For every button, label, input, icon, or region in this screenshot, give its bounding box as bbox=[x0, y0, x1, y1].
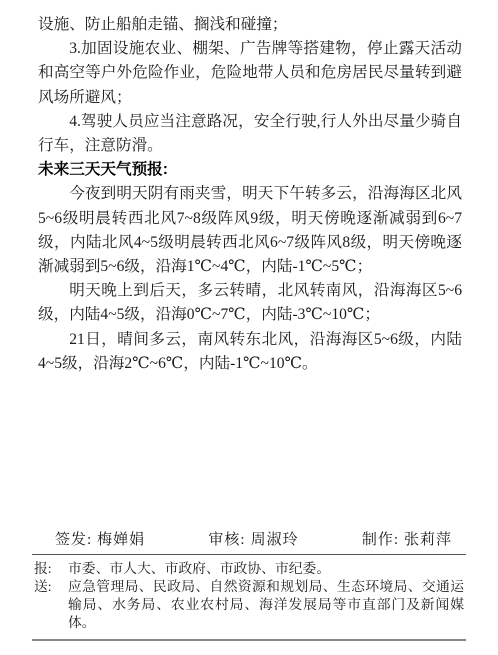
distribution-block: 报: 市委、市人大、市政府、市政协、市纪委。 送: 应急管理局、民政局、自然资源… bbox=[32, 554, 466, 641]
produced-by-name: 张莉萍 bbox=[404, 532, 452, 548]
signature-row: 签发:梅婵娟 审核:周淑玲 制作:张莉萍 bbox=[55, 528, 452, 549]
forecast-heading: 未来三天天气预报: bbox=[38, 158, 462, 182]
report-row: 报: 市委、市人大、市政府、市政协、市纪委。 bbox=[34, 560, 464, 578]
issued-by-label: 签发: bbox=[55, 532, 92, 548]
document-body: 设施、防止船舶走锚、搁浅和碰撞； 3.加固设施农业、棚架、广告牌等搭建物，停止露… bbox=[0, 0, 498, 376]
send-label: 送: bbox=[34, 578, 68, 596]
forecast-day1-paragraph: 今夜到明天阴有雨夹雪，明天下午转多云，沿海海区北风5~6级明晨转西北风7~8级阵… bbox=[38, 182, 462, 279]
reviewed-by-name: 周淑玲 bbox=[251, 532, 299, 548]
produced-by-label: 制作: bbox=[362, 532, 399, 548]
issued-by: 签发:梅婵娟 bbox=[55, 528, 145, 549]
document-page: 设施、防止船舶走锚、搁浅和碰撞； 3.加固设施农业、棚架、广告牌等搭建物，停止露… bbox=[0, 0, 498, 655]
report-list: 市委、市人大、市政府、市政协、市纪委。 bbox=[68, 560, 464, 578]
paragraph-continuation: 设施、防止船舶走锚、搁浅和碰撞； bbox=[38, 13, 462, 37]
reviewed-by-label: 审核: bbox=[208, 532, 245, 548]
send-list: 应急管理局、民政局、自然资源和规划局、生态环境局、交通运输局、水务局、农业农村局… bbox=[68, 578, 464, 632]
produced-by: 制作:张莉萍 bbox=[362, 528, 452, 549]
paragraph-item-4: 4.驾驶人员应当注意路况，安全行驶,行人外出尽量少骑自行车，注意防滑。 bbox=[38, 110, 462, 158]
paragraph-item-3: 3.加固设施农业、棚架、广告牌等搭建物，停止露天活动和高空等户外危险作业，危险地… bbox=[38, 37, 462, 110]
report-label: 报: bbox=[34, 560, 68, 578]
send-row: 送: 应急管理局、民政局、自然资源和规划局、生态环境局、交通运输局、水务局、农业… bbox=[34, 578, 464, 632]
reviewed-by: 审核:周淑玲 bbox=[208, 528, 298, 549]
forecast-day3-paragraph: 21日，晴间多云，南风转东北风，沿海海区5~6级，内陆4~5级，沿海2℃~6℃，… bbox=[38, 328, 462, 376]
forecast-day2-paragraph: 明天晚上到后天，多云转晴，北风转南风，沿海海区5~6级，内陆4~5级，沿海0℃~… bbox=[38, 279, 462, 327]
issued-by-name: 梅婵娟 bbox=[97, 532, 145, 548]
